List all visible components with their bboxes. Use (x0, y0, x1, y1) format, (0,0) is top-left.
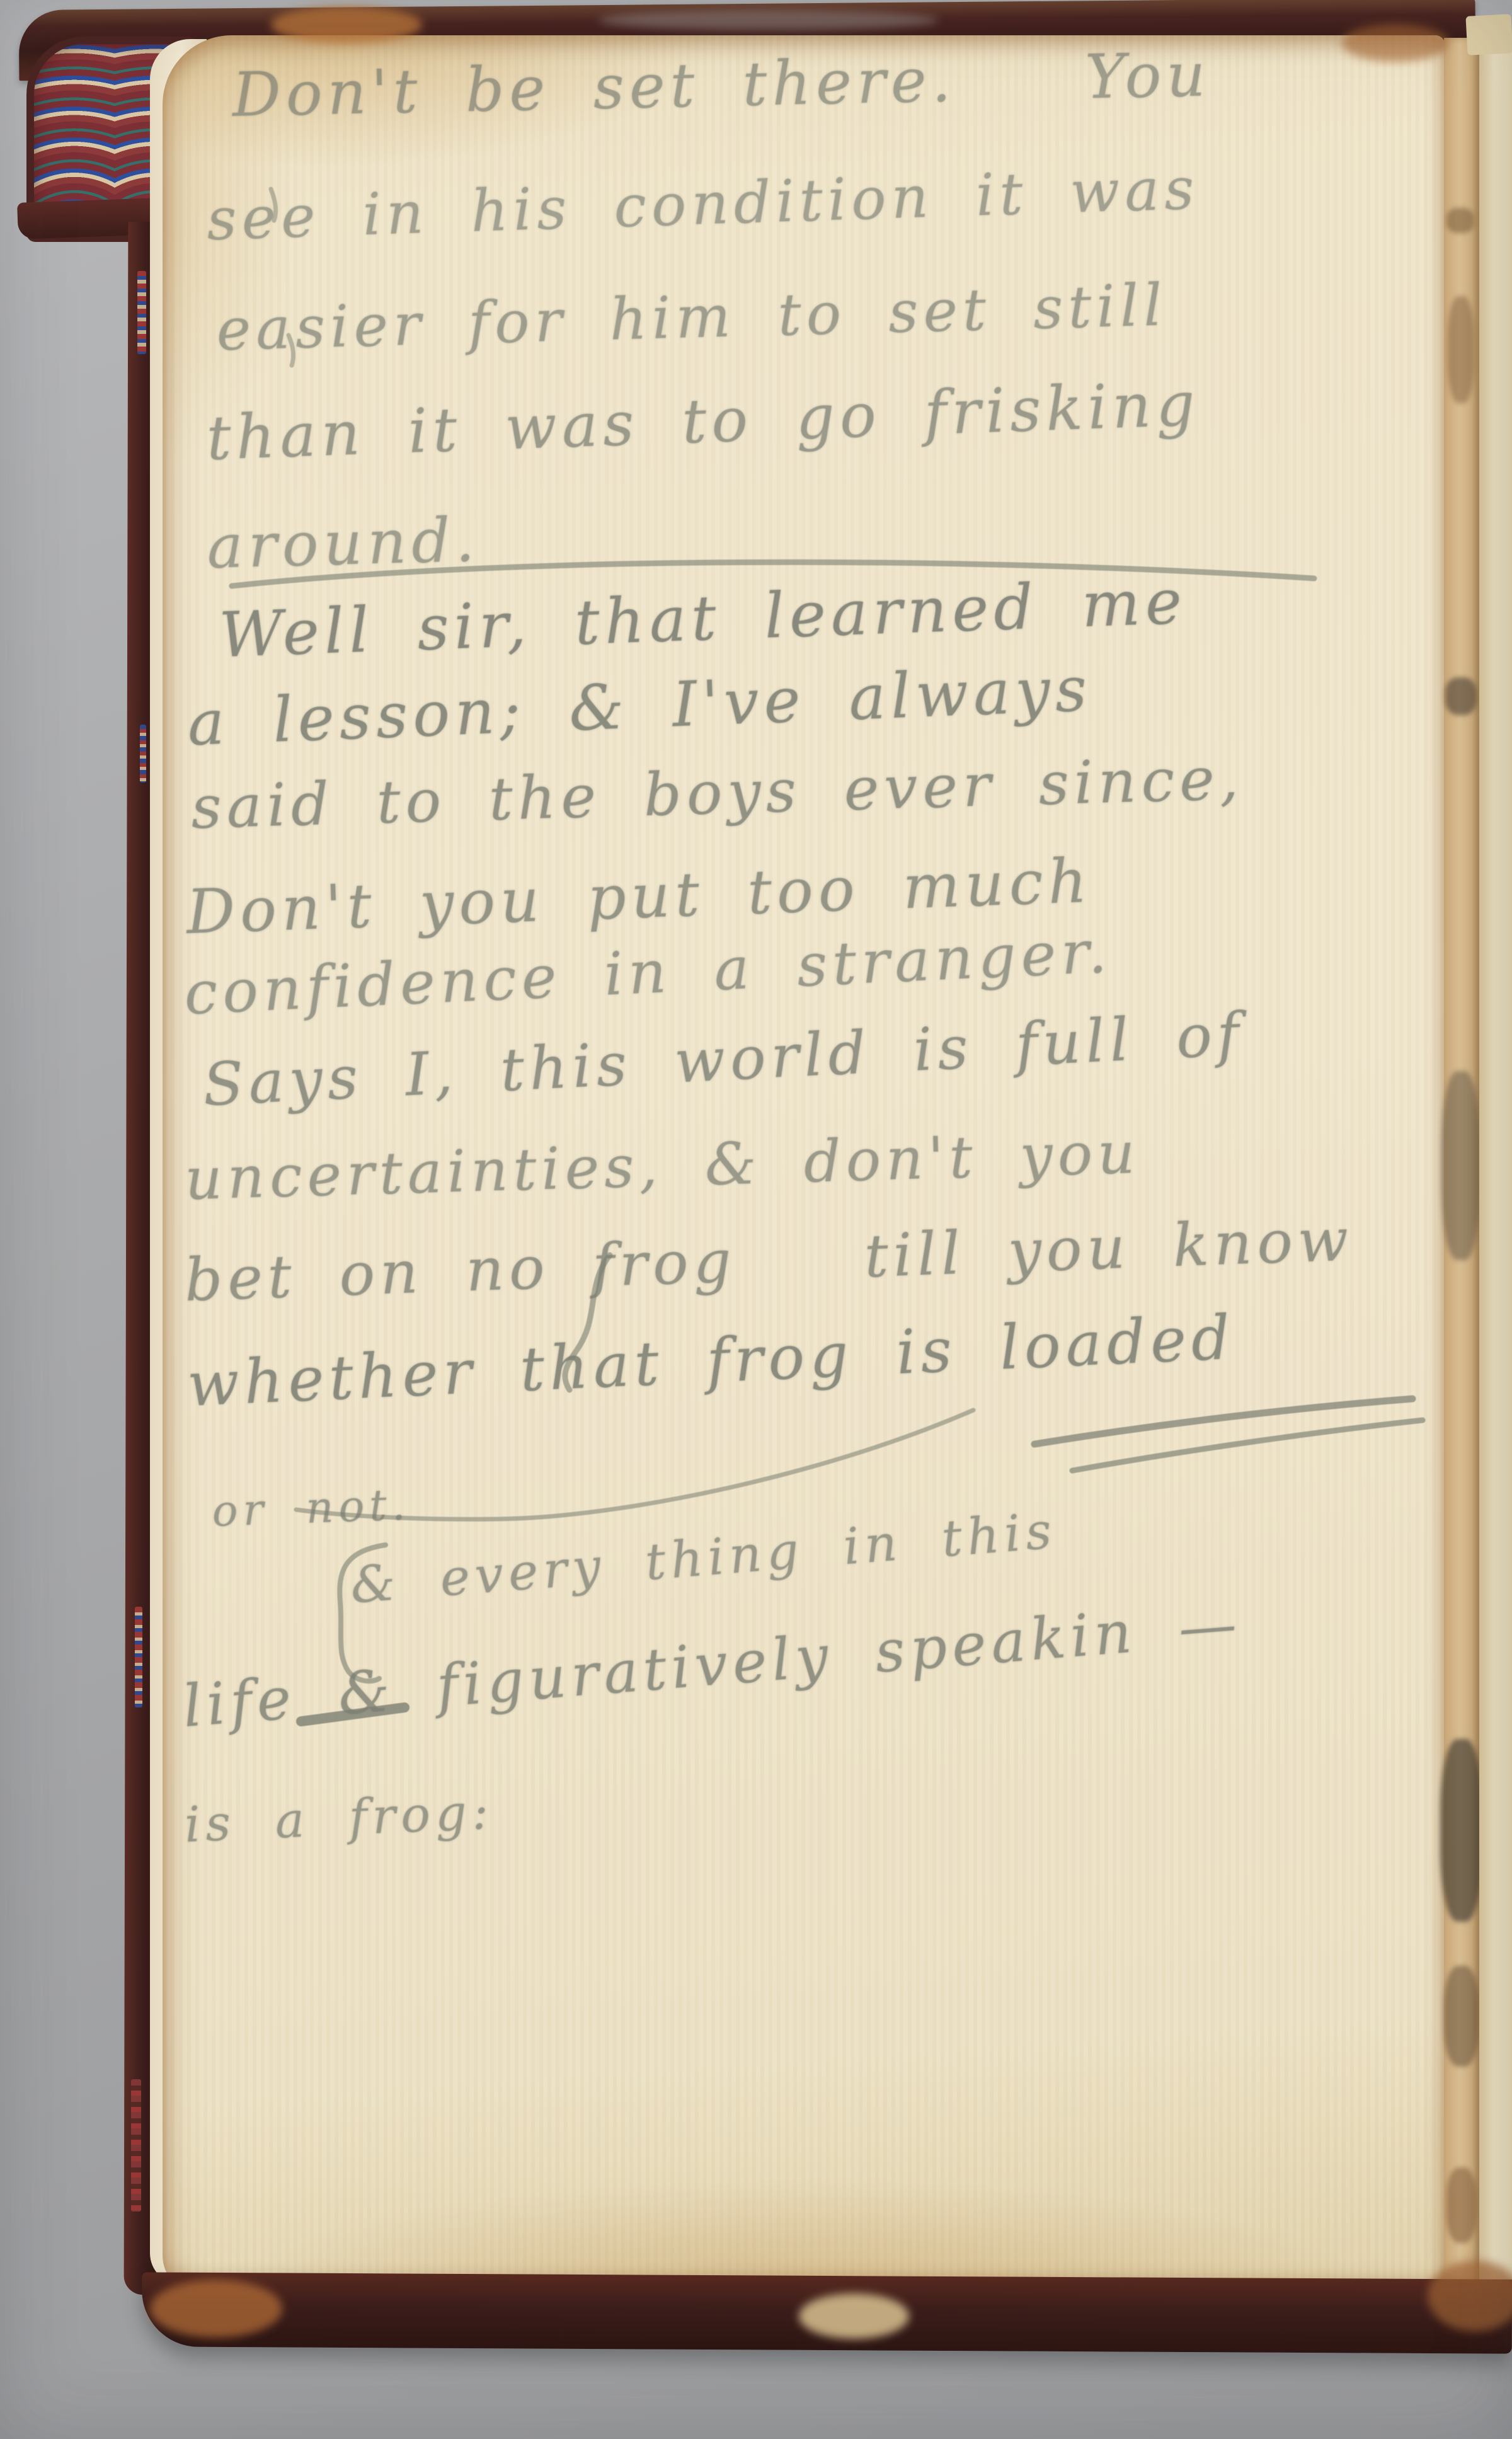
marbled-paper-sliver (135, 1607, 142, 1707)
gutter-smudge (1445, 677, 1477, 715)
notebook-photo: Don't be set there. You see in his condi… (0, 0, 1512, 2439)
gutter-smudge (1446, 208, 1474, 233)
leather-wear-patch (598, 10, 939, 30)
leather-wear-patch (799, 2293, 909, 2339)
marbled-paper-sliver (131, 2079, 141, 2212)
gutter-smudge (1441, 1071, 1480, 1260)
gutter-smudge (1446, 2167, 1477, 2243)
next-page-edge (1479, 44, 1512, 2280)
leather-wear-patch (271, 6, 422, 43)
page-block-top-edge (1465, 14, 1512, 55)
gutter-smudge (1440, 1739, 1483, 1922)
leather-wear-patch (150, 2280, 282, 2338)
handwritten-line: or not. (211, 1480, 411, 1537)
handwritten-line: around. (206, 505, 480, 582)
marbled-paper-sliver (140, 725, 146, 783)
marbled-paper-sliver (137, 271, 146, 354)
leather-wear-patch (1342, 24, 1449, 62)
gutter-smudge (1448, 296, 1474, 403)
gutter-smudge (1444, 1966, 1479, 2067)
